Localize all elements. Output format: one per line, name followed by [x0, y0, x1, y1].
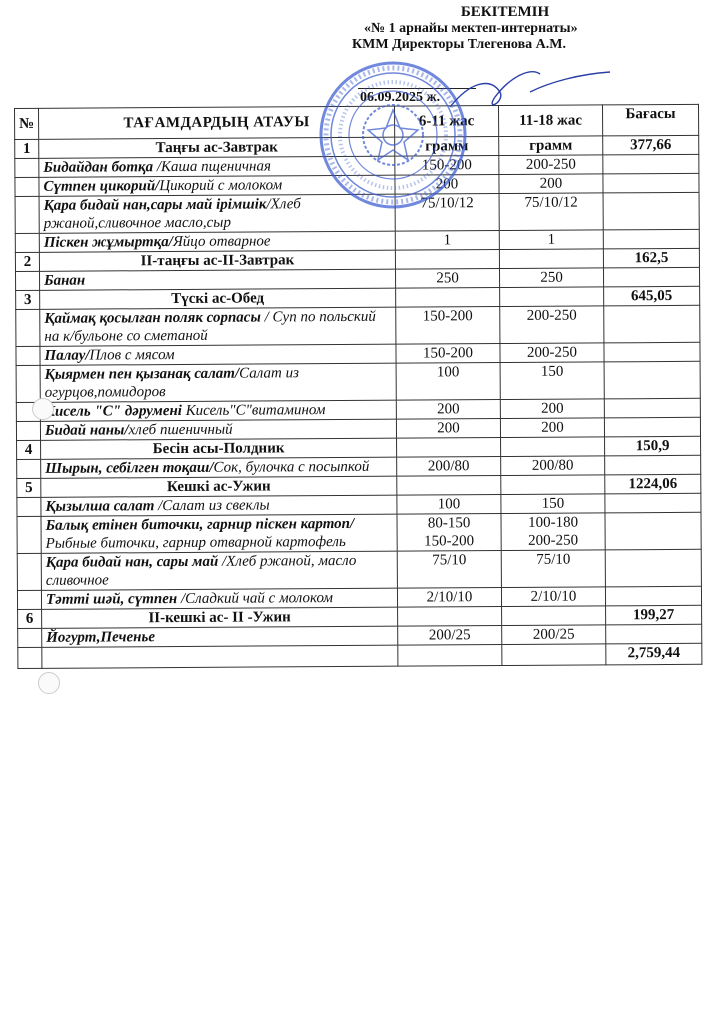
dish-name-ru: /Салат из свеклы	[154, 497, 269, 514]
header-age-6-11: 6-11 жас	[394, 106, 498, 138]
empty-cell	[604, 398, 700, 418]
empty-cell	[501, 475, 605, 495]
table-row: Қара бидай нан,сары май ірімшік/Хлеб ржа…	[15, 192, 699, 233]
empty-cell	[604, 342, 700, 362]
unit-11-18: грамм	[499, 136, 603, 156]
section-price: 645,05	[604, 286, 700, 306]
portion-11-18: 2/10/10	[501, 587, 605, 607]
empty-cell	[502, 644, 606, 666]
section-price: 377,66	[603, 135, 699, 155]
menu-table: № ТАҒАМДАРДЫҢ АТАУЫ 6-11 жас 11-18 жас Б…	[14, 104, 702, 669]
portion-11-18: 200-250	[500, 306, 604, 344]
dish-name-ru: Сок, булочка с посыпкой	[213, 459, 369, 476]
portion-6-11: 250	[395, 269, 499, 289]
dish-name-kz: Қара бидай нан,сары май ірімшік	[44, 196, 267, 213]
section-number: 5	[17, 478, 41, 497]
table-header-row: № ТАҒАМДАРДЫҢ АТАУЫ 6-11 жас 11-18 жас Б…	[15, 104, 699, 139]
empty-cell	[605, 586, 701, 606]
dish-name: Қызылша салат /Салат из свеклы	[41, 495, 397, 516]
empty-cell	[17, 590, 41, 609]
dish-name: Палау/Плов с мясом	[40, 344, 396, 365]
dish-name-ru: хлеб пшеничный	[129, 422, 233, 439]
empty-cell	[15, 158, 39, 177]
portion-11-18: 200-250	[499, 155, 603, 175]
dish-name-kz: Піскен жұмыртқа/	[44, 234, 173, 251]
empty-cell	[606, 624, 702, 644]
portion-6-11: 75/10	[397, 551, 501, 589]
dish-name: Қара бидай нан, сары май /Хлеб ржаной, м…	[41, 551, 397, 590]
portion-11-18: 200-250	[500, 343, 604, 363]
signature-line	[358, 88, 476, 89]
dish-name-kz: Шырын, себілген тоқаш/	[45, 460, 213, 477]
empty-cell	[15, 196, 39, 233]
portion-11-18: 1	[499, 230, 603, 250]
empty-cell	[604, 361, 700, 399]
portion-6-11: 200/25	[398, 626, 502, 646]
dish-name: Шырын, себілген тоқаш/Сок, булочка с пос…	[41, 457, 397, 478]
empty-cell	[15, 271, 39, 290]
empty-cell	[397, 438, 501, 458]
empty-cell	[603, 229, 699, 249]
dish-name-kz: Бидайдан ботқа	[43, 159, 153, 176]
portion-11-18: 200/25	[502, 625, 606, 645]
portion-6-11: 200	[395, 175, 499, 195]
punch-hole-mark	[32, 398, 54, 420]
dish-name: Қаймақ қосылған поляк сорпасы / Суп по п…	[40, 307, 396, 346]
portion-11-18: 200/80	[501, 456, 605, 476]
header-number: №	[15, 108, 39, 139]
dish-name: Сүтпен цикорий/Цикорий с молоком	[39, 175, 395, 196]
table-row: Балық етінен биточки, гарнир піскен карт…	[17, 512, 701, 553]
dish-name-kz: Бидай наны/	[45, 422, 129, 439]
empty-cell	[395, 250, 499, 270]
empty-cell	[500, 287, 604, 307]
empty-cell	[16, 346, 40, 365]
portion-6-11: 75/10/12	[395, 194, 499, 232]
empty-cell	[18, 628, 42, 647]
empty-cell	[16, 421, 40, 440]
empty-cell	[499, 249, 603, 269]
dish-name-kz: Қызылша салат	[45, 498, 154, 515]
approval-director: КММ Директоры Тлегенова А.М.	[352, 37, 642, 54]
dish-name-kz: Банан	[44, 273, 85, 289]
empty-cell	[605, 493, 701, 513]
approval-title: БЕКІТЕМІН	[352, 4, 642, 21]
empty-cell	[397, 476, 501, 496]
unit-6-11: грамм	[395, 137, 499, 157]
section-number: 1	[15, 139, 39, 158]
portion-11-18: 200	[500, 418, 604, 438]
portion-6-11: 150-200	[396, 344, 500, 364]
dish-name: Бидай наны/хлеб пшеничный	[40, 419, 396, 440]
dish-name: Балық етінен биточки, гарнир піскен карт…	[41, 514, 397, 553]
section-price: 150,9	[605, 436, 701, 456]
dish-name: Қыярмен пен қызанақ салат/Салат из огурц…	[40, 363, 396, 402]
header-age-11-18: 11-18 жас	[498, 105, 602, 137]
header-dish-name: ТАҒАМДАРДЫҢ АТАУЫ	[39, 106, 395, 139]
empty-cell	[603, 192, 699, 230]
empty-cell	[17, 553, 41, 590]
dish-name: Йогурт,Печенье	[42, 626, 398, 647]
dish-name-kz: Қара бидай нан, сары май	[46, 554, 219, 571]
empty-cell	[42, 645, 398, 668]
section-price: 1224,06	[605, 474, 701, 494]
section-price: 199,27	[606, 605, 702, 625]
portion-6-11: 100	[397, 495, 501, 515]
section-title: Кешкі ас-Ужин	[41, 476, 397, 497]
dish-name-kz: Сүтпен цикорий/	[43, 178, 159, 195]
dish-name-ru: Яйцо отварное	[173, 233, 271, 250]
dish-name-ru: Кисель"С"витамином	[182, 402, 326, 419]
portion-11-18: 100-180 200-250	[501, 513, 605, 551]
empty-cell	[501, 437, 605, 457]
punch-hole-mark	[38, 672, 60, 694]
section-number: 6	[18, 609, 42, 628]
dish-name-kz: Қыярмен пен қызанақ салат/	[45, 366, 240, 383]
dish-name: Кисель "С" дәрумені Кисель"С"витамином	[40, 400, 396, 421]
portion-11-18: 75/10	[501, 550, 605, 588]
empty-cell	[17, 497, 41, 516]
empty-cell	[605, 512, 701, 550]
approval-school-name: «№ 1 арнайы мектеп-интернаты»	[352, 21, 642, 38]
dish-name-ru: Цикорий с молоком	[159, 177, 282, 194]
dish-name-kz: Йогурт,Печенье	[46, 629, 155, 646]
section-number: 2	[15, 252, 39, 271]
portion-6-11: 200	[396, 400, 500, 420]
empty-cell	[17, 516, 41, 553]
empty-cell	[502, 606, 606, 626]
empty-cell	[604, 305, 700, 343]
empty-cell	[603, 154, 699, 174]
section-title: ІІ-таңғы ас-ІІ-Завтрак	[39, 250, 395, 271]
table-row: Қыярмен пен қызанақ салат/Салат из огурц…	[16, 361, 700, 402]
section-number: 3	[16, 290, 40, 309]
section-title: Таңғы ас-Завтрак	[39, 137, 395, 158]
dish-name: Піскен жұмыртқа/Яйцо отварное	[39, 231, 395, 252]
portion-6-11: 1	[395, 231, 499, 251]
header-price: Бағасы	[602, 104, 698, 136]
empty-cell	[16, 309, 40, 346]
section-title: Түскі ас-Обед	[40, 288, 396, 309]
dish-name-kz: Палау/	[44, 348, 89, 364]
empty-cell	[603, 173, 699, 193]
portion-11-18: 200	[499, 174, 603, 194]
empty-cell	[398, 607, 502, 627]
portion-11-18: 75/10/12	[499, 193, 603, 231]
section-title: ІІ-кешкі ас- ІІ -Ужин	[42, 607, 398, 628]
empty-cell	[17, 459, 41, 478]
portion-6-11: 80-150 150-200	[397, 514, 501, 552]
portion-11-18: 150	[500, 362, 604, 400]
empty-cell	[605, 455, 701, 475]
portion-6-11: 150-200	[395, 156, 499, 176]
dish-name: Бидайдан ботқа /Каша пщеничная	[39, 156, 395, 177]
dish-name-kz: Кисель "С" дәрумені	[45, 403, 182, 420]
approval-date: 06.09.2025 ж.	[360, 90, 440, 106]
portion-6-11: 2/10/10	[397, 588, 501, 608]
portion-11-18: 250	[499, 268, 603, 288]
dish-name: Тәтті шәй, сүтпен /Сладкий чай с молоком	[41, 588, 397, 609]
dish-name-ru: Рыбные биточки, гарнир отварной картофел…	[46, 534, 346, 552]
empty-cell	[605, 549, 701, 587]
section-title: Бесін асы-Полдник	[41, 438, 397, 459]
approval-block: БЕКІТЕМІН «№ 1 арнайы мектеп-интернаты» …	[352, 4, 642, 54]
total-price: 2,759,44	[606, 643, 702, 665]
empty-cell	[16, 365, 40, 402]
table-row: Қаймақ қосылған поляк сорпасы / Суп по п…	[16, 305, 700, 346]
portion-11-18: 200	[500, 399, 604, 419]
empty-cell	[18, 647, 42, 668]
portion-6-11: 100	[396, 363, 500, 401]
dish-name-ru: Плов с мясом	[89, 347, 174, 364]
empty-cell	[15, 177, 39, 196]
empty-cell	[396, 288, 500, 308]
dish-name-ru: /Сладкий чай с молоком	[177, 590, 333, 607]
section-number: 4	[17, 440, 41, 459]
dish-name-kz: Балық етінен биточки, гарнир піскен карт…	[46, 516, 355, 534]
portion-6-11: 150-200	[396, 307, 500, 345]
empty-cell	[603, 267, 699, 287]
dish-name-kz: Тәтті шәй, сүтпен	[46, 591, 177, 608]
portion-6-11: 200	[396, 419, 500, 439]
section-price: 162,5	[603, 248, 699, 268]
dish-name-kz: Қаймақ қосылған поляк сорпасы	[44, 309, 261, 326]
table-row: Қара бидай нан, сары май /Хлеб ржаной, м…	[17, 549, 701, 590]
portion-11-18: 150	[501, 494, 605, 514]
dish-name: Қара бидай нан,сары май ірімшік/Хлеб ржа…	[39, 194, 395, 233]
total-row: 2,759,44	[18, 643, 702, 668]
dish-name-ru: /Каша пщеничная	[153, 158, 271, 175]
empty-cell	[15, 233, 39, 252]
empty-cell	[398, 645, 502, 667]
empty-cell	[604, 417, 700, 437]
dish-name: Банан	[39, 269, 395, 290]
portion-6-11: 200/80	[397, 457, 501, 477]
